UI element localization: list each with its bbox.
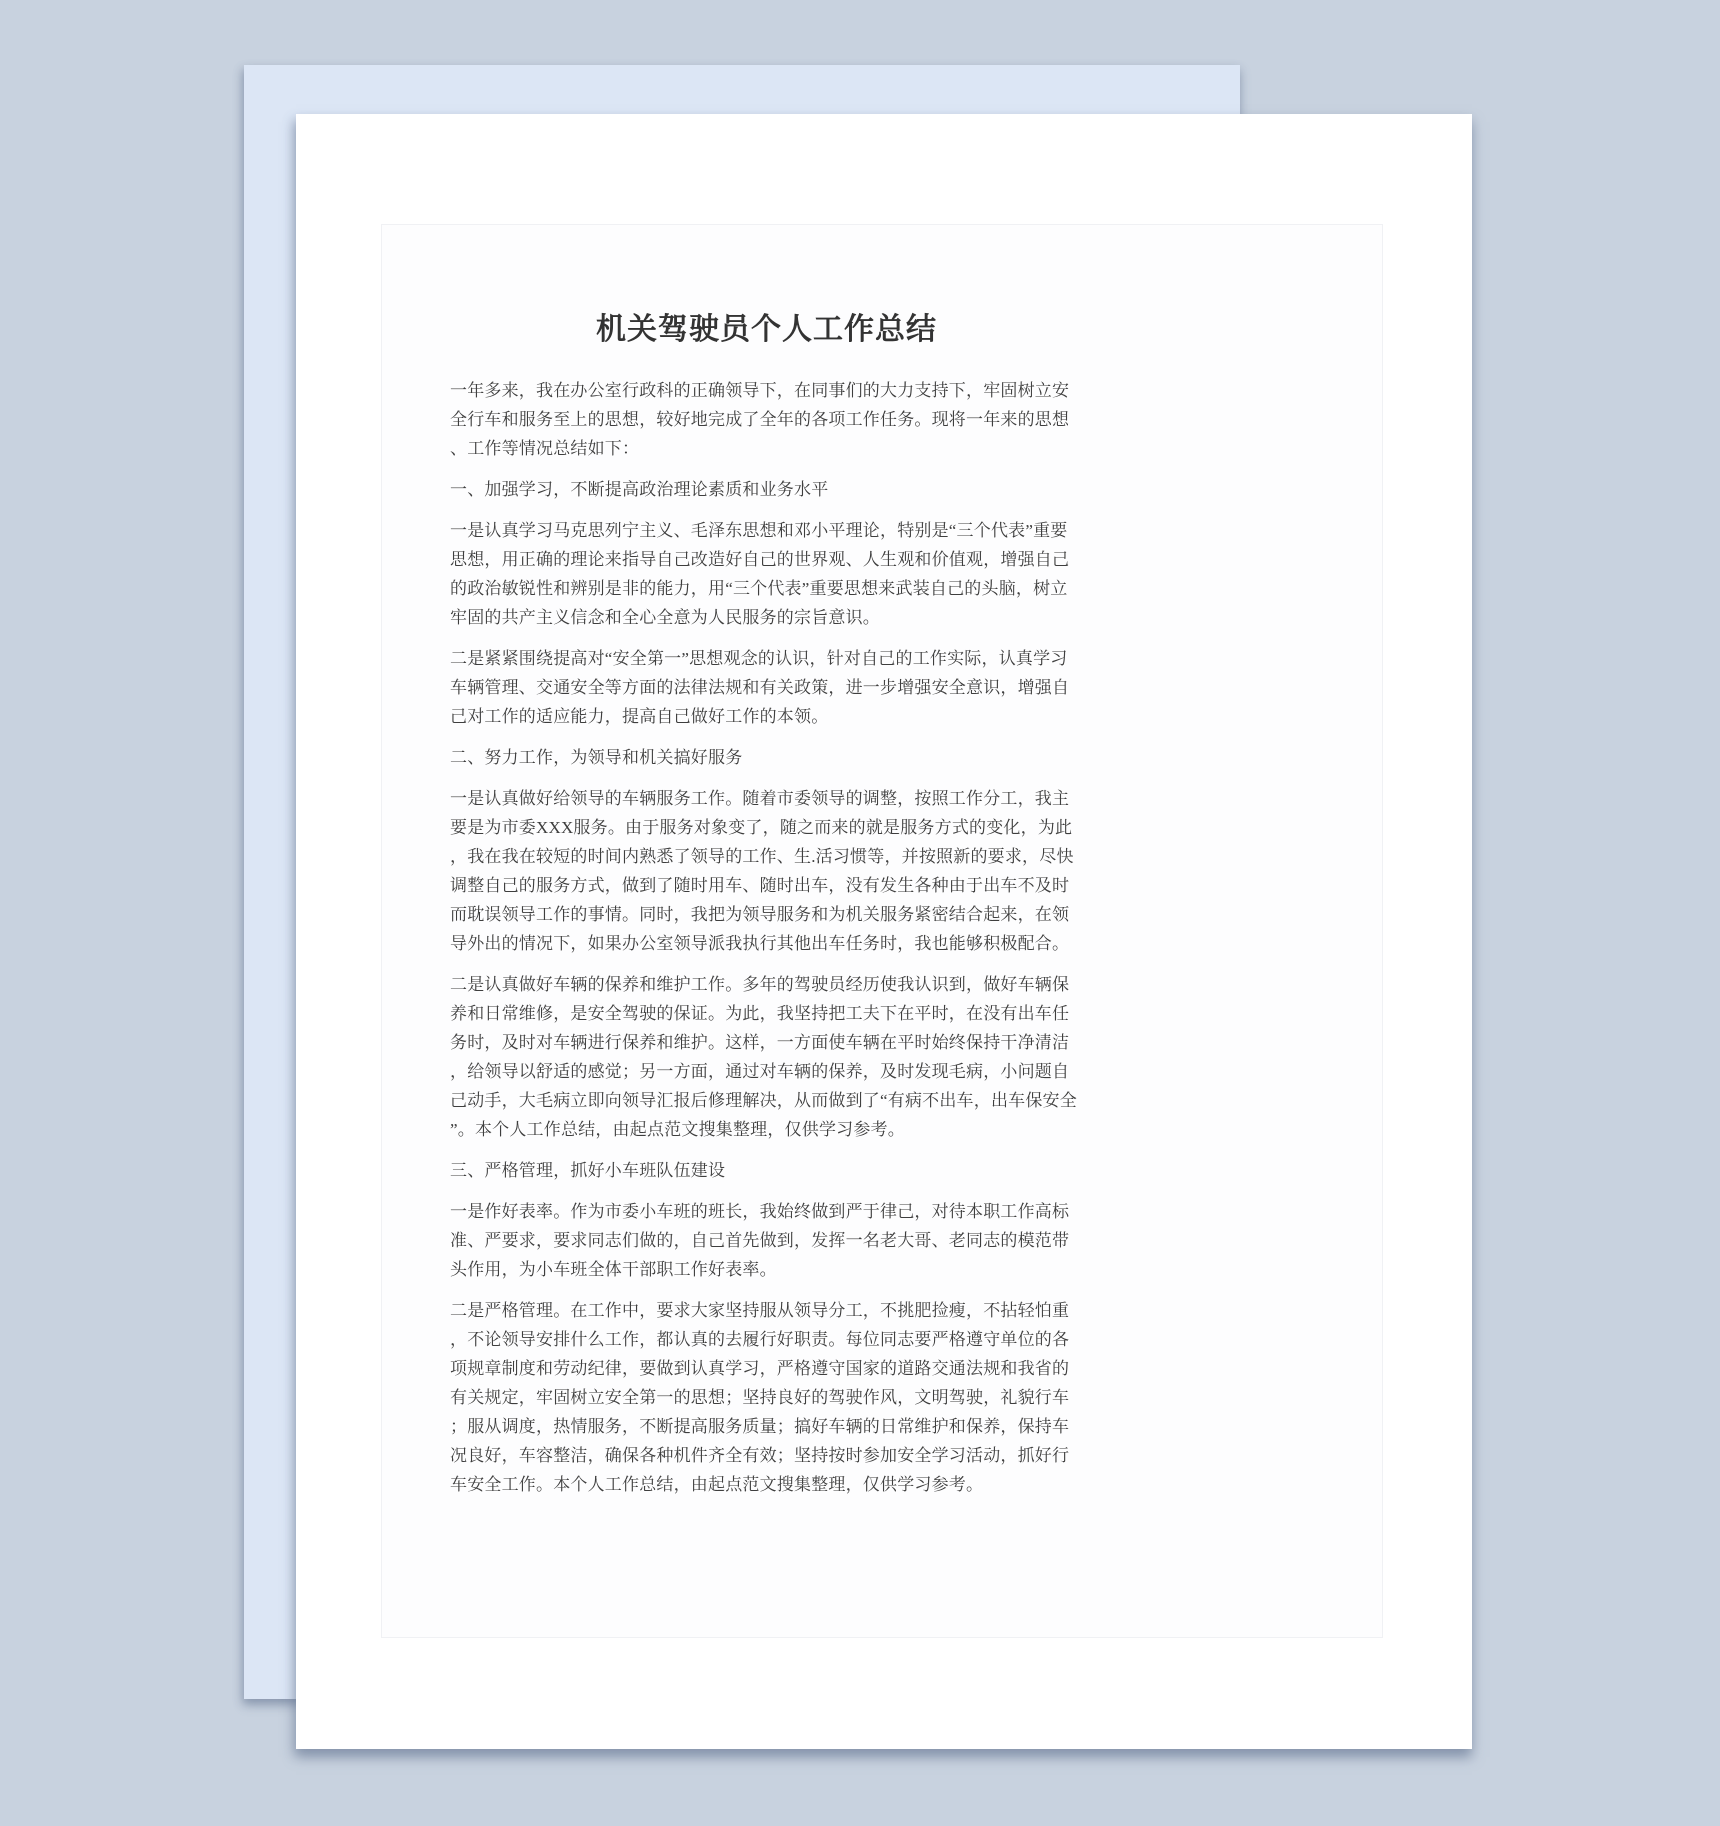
section-heading-2: 二、努力工作，为领导和机关搞好服务	[450, 743, 1083, 772]
paragraph-3-2: 二是严格管理。在工作中，要求大家坚持服从领导分工，不挑肥捡瘦，不拈轻怕重，不论领…	[450, 1296, 1083, 1499]
paragraph-3-1: 一是作好表率。作为市委小车班的班长，我始终做到严于律己，对待本职工作高标准、严要…	[450, 1197, 1083, 1284]
document-title: 机关驾驶员个人工作总结	[450, 310, 1083, 350]
section-heading-1: 一、加强学习，不断提高政治理论素质和业务水平	[450, 475, 1083, 504]
section-heading-3: 三、严格管理，抓好小车班队伍建设	[450, 1156, 1083, 1185]
preview-background: 机关驾驶员个人工作总结 一年多来，我在办公室行政科的正确领导下，在同事们的大力支…	[0, 0, 1720, 1826]
paragraph-1-1: 一是认真学习马克思列宁主义、毛泽东思想和邓小平理论，特别是“三个代表”重要思想，…	[450, 516, 1083, 632]
paragraph-2-2: 二是认真做好车辆的保养和维护工作。多年的驾驶员经历使我认识到，做好车辆保养和日常…	[450, 970, 1083, 1144]
document-content: 机关驾驶员个人工作总结 一年多来，我在办公室行政科的正确领导下，在同事们的大力支…	[450, 310, 1083, 1499]
paragraph-1-2: 二是紧紧围绕提高对“安全第一”思想观念的认识，针对自己的工作实际，认真学习车辆管…	[450, 644, 1083, 731]
paragraph-2-1: 一是认真做好给领导的车辆服务工作。随着市委领导的调整，按照工作分工，我主要是为市…	[450, 784, 1083, 958]
document-page: 机关驾驶员个人工作总结 一年多来，我在办公室行政科的正确领导下，在同事们的大力支…	[296, 114, 1472, 1749]
paragraph-intro: 一年多来，我在办公室行政科的正确领导下，在同事们的大力支持下，牢固树立安全行车和…	[450, 376, 1083, 463]
